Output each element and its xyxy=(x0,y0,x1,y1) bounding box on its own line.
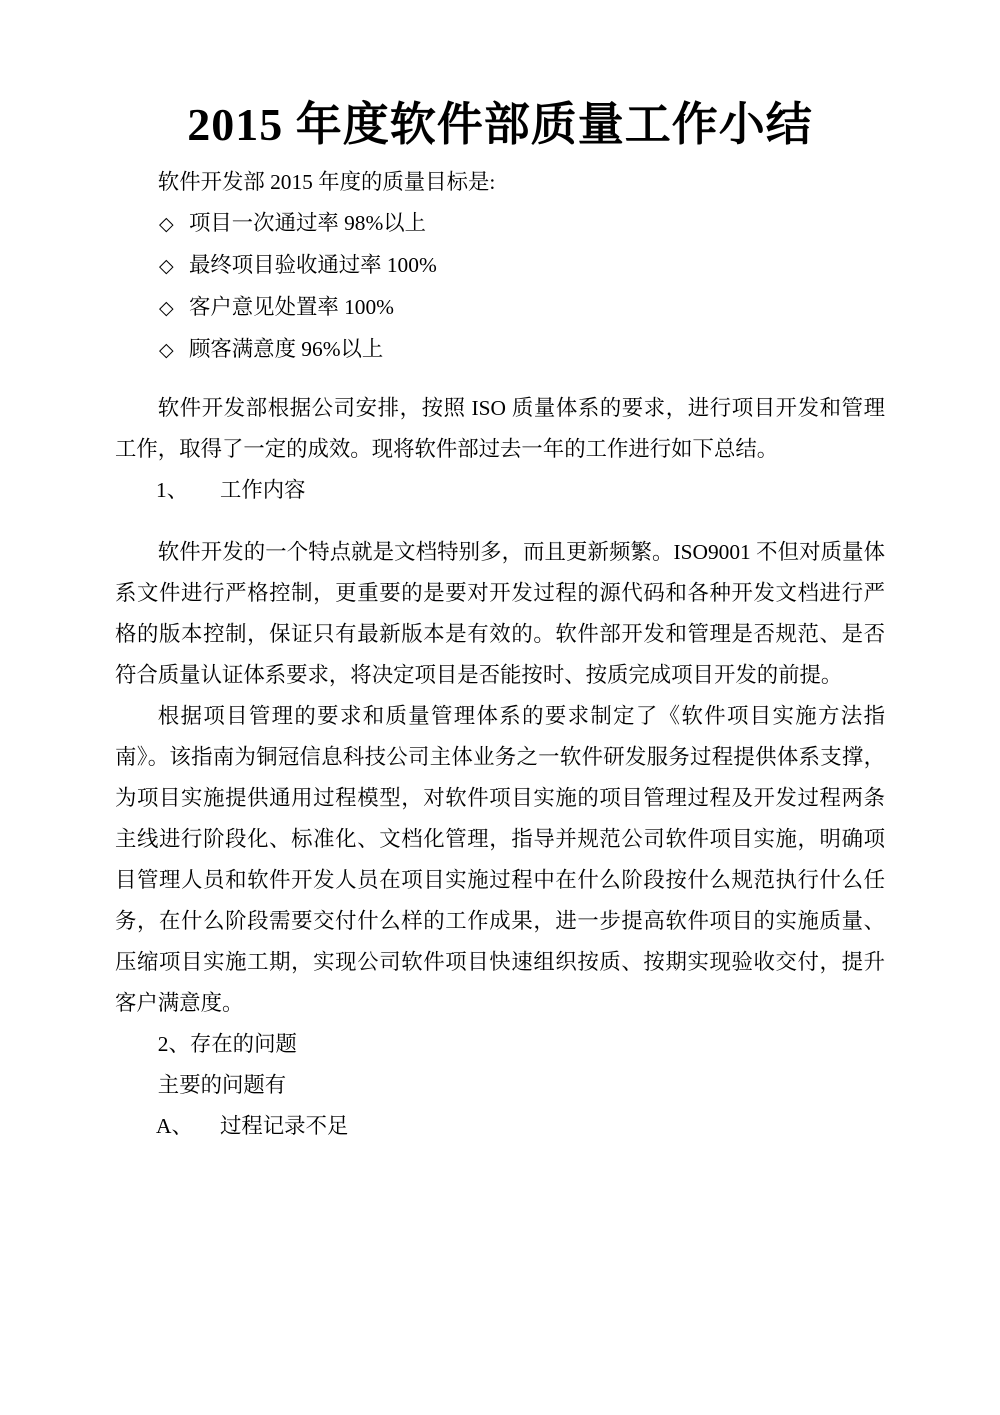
section-2-title: 存在的问题 xyxy=(190,1032,297,1056)
paragraph-doc-control: 软件开发的一个特点就是文档特别多，而且更新频繁。ISO9001 不但对质量体系文… xyxy=(115,532,885,696)
section-1-heading: 1、工作内容 xyxy=(115,470,885,511)
goal-text: 顾客满意度 96%以上 xyxy=(189,337,383,361)
problems-intro-line: 主要的问题有 xyxy=(115,1065,885,1106)
document-title: 2015 年度软件部质量工作小结 xyxy=(115,96,885,154)
section-1-number: 1、 xyxy=(156,470,220,511)
document-page: 2015 年度软件部质量工作小结 软件开发部 2015 年度的质量目标是: ◇项… xyxy=(0,0,1000,1415)
diamond-bullet-icon: ◇ xyxy=(159,204,189,245)
goal-text: 客户意见处置率 100% xyxy=(189,295,394,319)
quality-goals-list: ◇项目一次通过率 98%以上 ◇最终项目验收通过率 100% ◇客户意见处置率 … xyxy=(115,203,885,371)
list-item: ◇最终项目验收通过率 100% xyxy=(115,245,885,287)
problem-a-text: 过程记录不足 xyxy=(220,1114,348,1138)
section-1-title: 工作内容 xyxy=(220,478,306,502)
list-item: ◇项目一次通过率 98%以上 xyxy=(115,203,885,245)
list-item: ◇顾客满意度 96%以上 xyxy=(115,329,885,371)
section-2-number: 2、 xyxy=(158,1032,190,1056)
problem-a-label: A、 xyxy=(156,1106,220,1147)
problem-a-line: A、过程记录不足 xyxy=(115,1106,885,1147)
diamond-bullet-icon: ◇ xyxy=(159,288,189,329)
paragraph-overview: 软件开发部根据公司安排，按照 ISO 质量体系的要求，进行项目开发和管理工作，取… xyxy=(115,388,885,470)
section-2-heading: 2、存在的问题 xyxy=(115,1024,885,1065)
diamond-bullet-icon: ◇ xyxy=(159,246,189,287)
paragraph-implementation-guide: 根据项目管理的要求和质量管理体系的要求制定了《软件项目实施方法指南》。该指南为铜… xyxy=(115,696,885,1024)
intro-line: 软件开发部 2015 年度的质量目标是: xyxy=(115,162,885,203)
list-item: ◇客户意见处置率 100% xyxy=(115,287,885,329)
goal-text: 最终项目验收通过率 100% xyxy=(189,253,437,277)
diamond-bullet-icon: ◇ xyxy=(159,330,189,371)
goal-text: 项目一次通过率 98%以上 xyxy=(189,211,426,235)
